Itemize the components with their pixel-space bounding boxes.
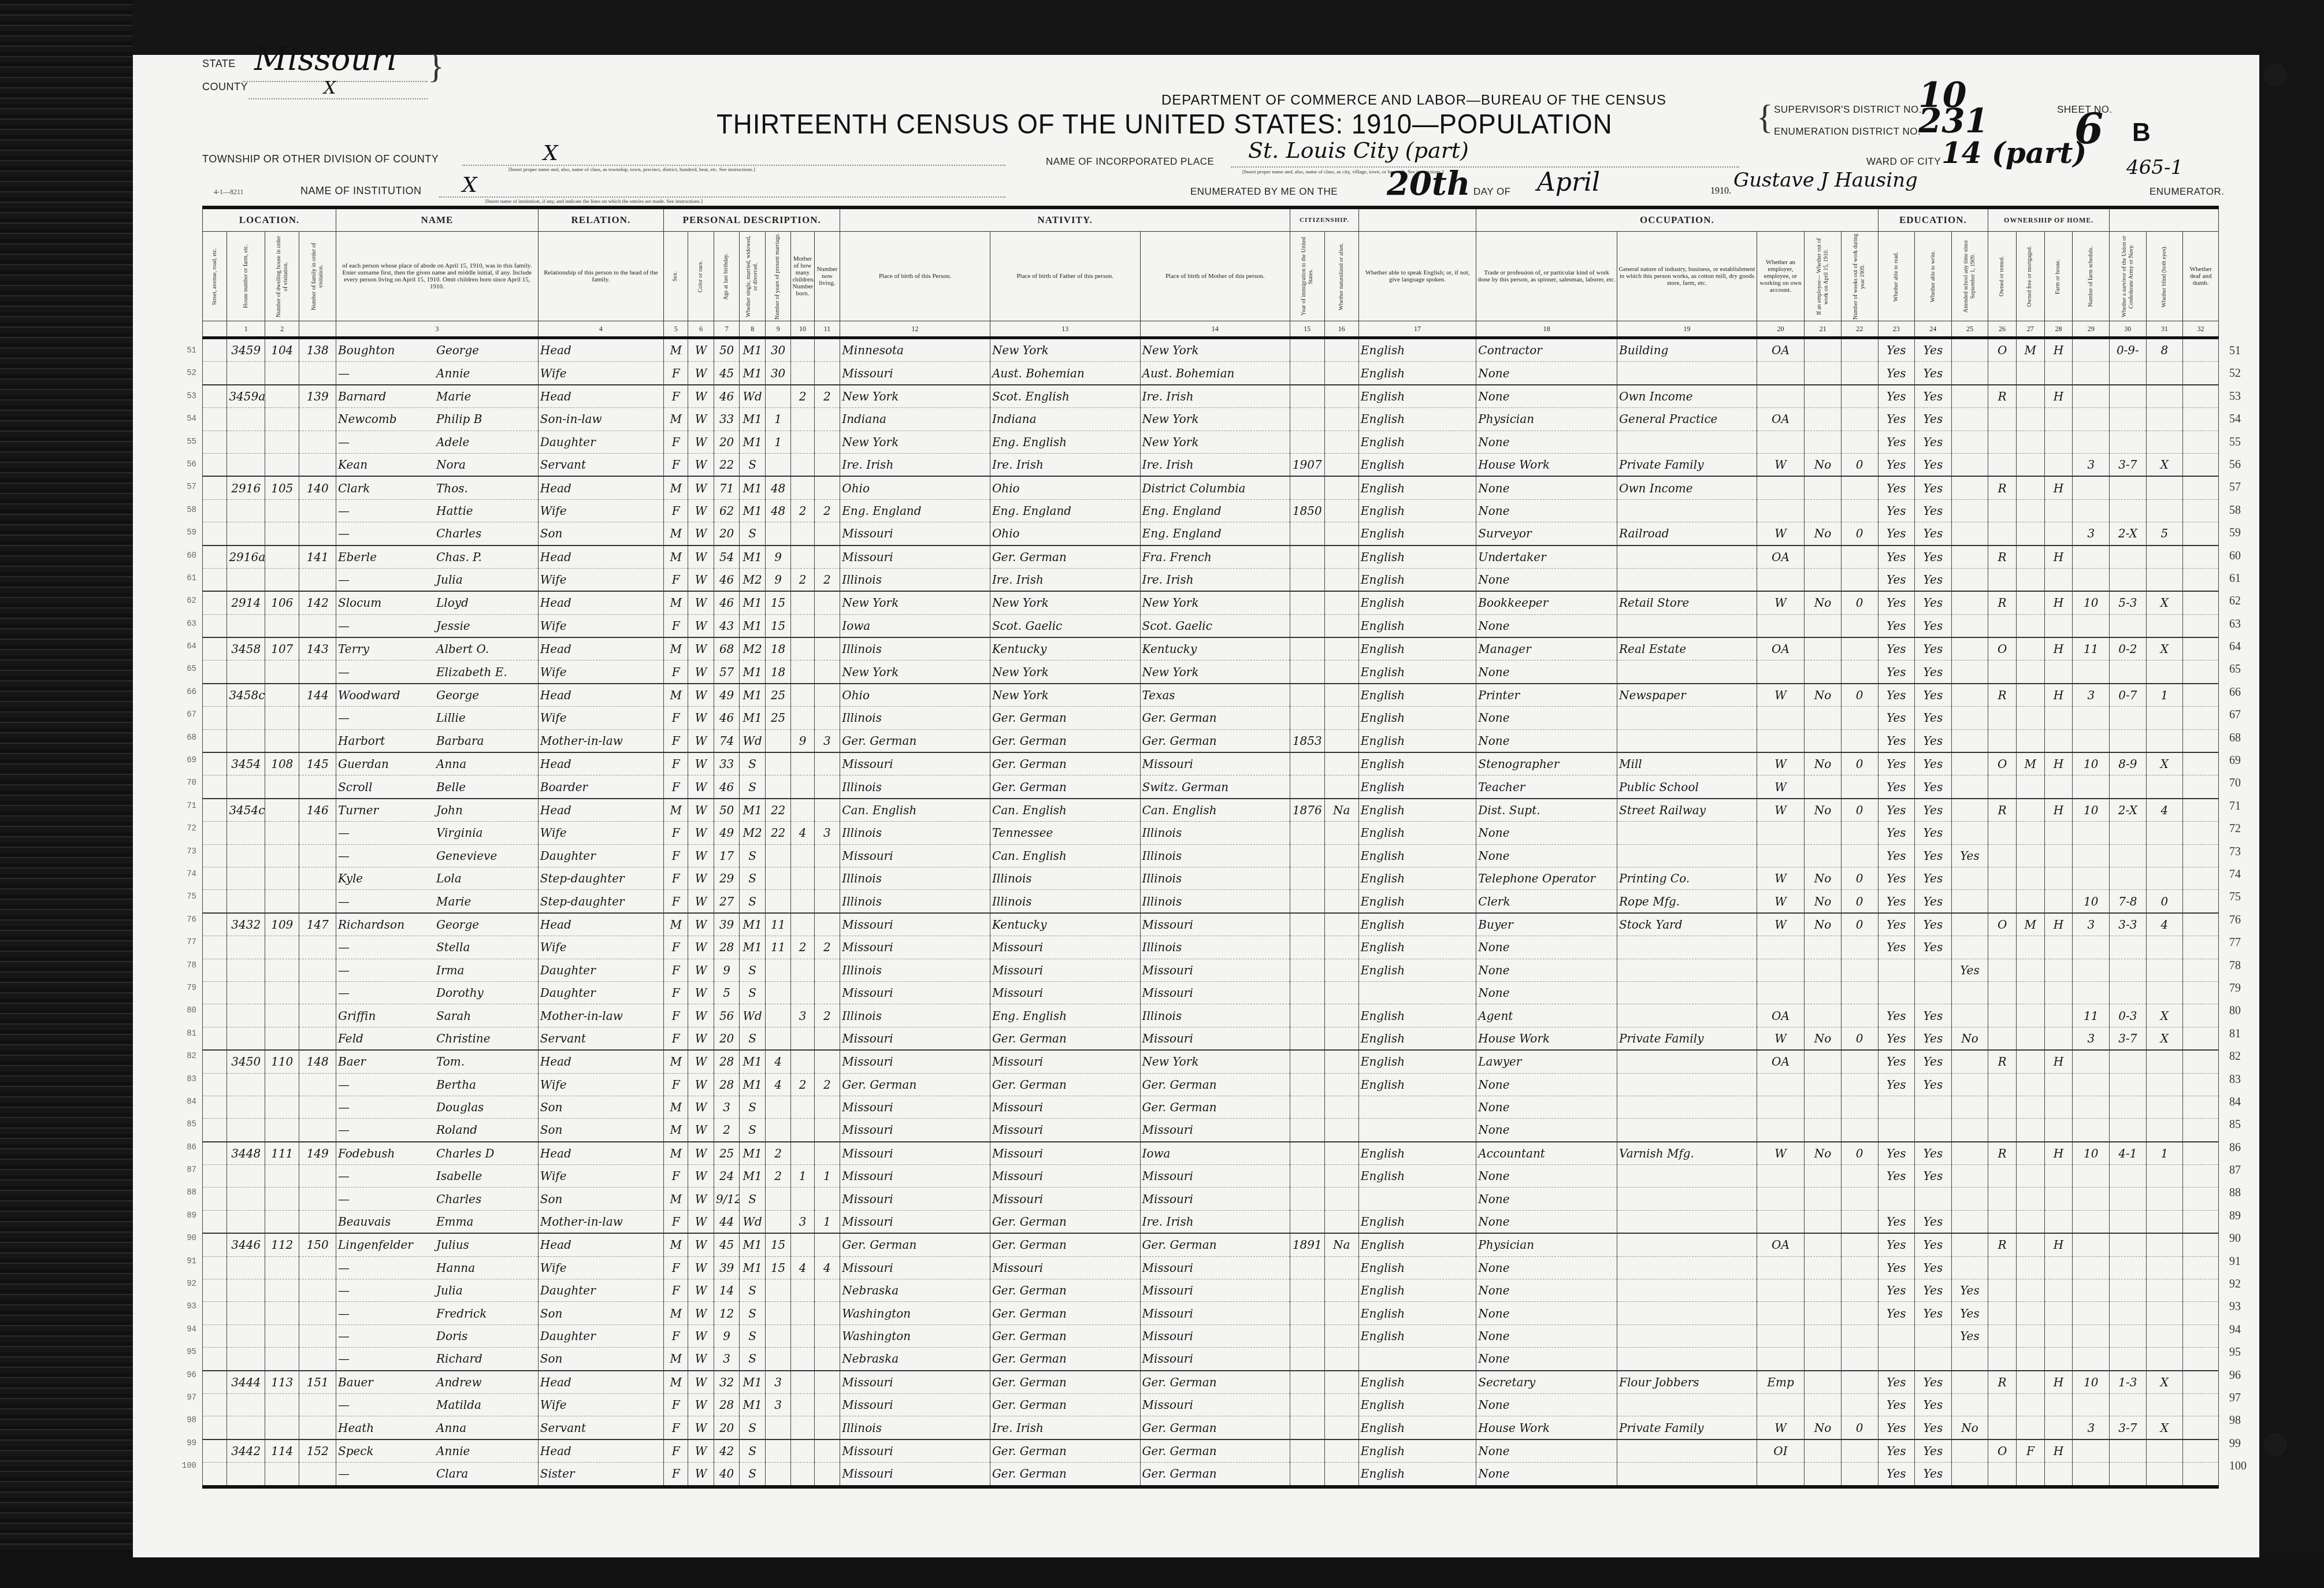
table-row[interactable]: 3444113151BauerAndrewHeadMW32M13Missouri… <box>203 1371 2219 1394</box>
trade-cell: None <box>1476 568 1617 591</box>
line-number: 59 <box>2229 522 2255 544</box>
yrs-married-cell <box>765 844 791 867</box>
pob-cell: New York <box>840 661 990 684</box>
deaf-cell <box>2183 338 2219 362</box>
table-row[interactable]: —HattieWifeFW62M14822Eng. EnglandEng. En… <box>203 499 2219 522</box>
relation-cell: Head <box>538 1233 663 1256</box>
relation-cell: Head <box>538 1439 663 1463</box>
read-cell: Yes <box>1878 637 1915 661</box>
pob-mother-cell: Illinois <box>1140 1004 1290 1027</box>
blind-cell <box>2146 614 2183 637</box>
marital-cell: S <box>740 752 766 776</box>
weeks-cell <box>1841 1210 1878 1233</box>
column-number: 7 <box>714 321 740 338</box>
dwelling-cell: 112 <box>265 1233 299 1256</box>
emp-cell <box>1757 385 1805 408</box>
surname: — <box>338 1100 436 1114</box>
marital-cell: S <box>740 1188 766 1210</box>
house-cell: 2916 <box>227 476 265 499</box>
write-cell: Yes <box>1915 661 1952 684</box>
table-row[interactable]: —GenevieveDaughterFW17SMissouriCan. Engl… <box>203 844 2219 867</box>
born-cell <box>791 476 814 499</box>
line-number: 94 <box>2229 1319 2255 1341</box>
blind-cell <box>2146 707 2183 729</box>
own-cell: R <box>1988 1050 2017 1073</box>
living-cell <box>814 522 840 546</box>
enumerated-label: ENUMERATED BY ME ON THE <box>1190 186 1338 198</box>
read-cell: Yes <box>1878 1416 1915 1439</box>
weeks-cell: 0 <box>1841 799 1878 822</box>
living-cell: 3 <box>814 822 840 844</box>
age-cell: 62 <box>714 499 740 522</box>
table-row[interactable]: NewcombPhilip BSon-in-lawMW33M11IndianaI… <box>203 408 2219 431</box>
emp-cell <box>1757 1393 1805 1416</box>
family-cell <box>299 1188 336 1210</box>
blind-cell: X <box>2146 637 2183 661</box>
born-cell: 3 <box>791 1210 814 1233</box>
column-header: Owned free or mortgaged. <box>2016 232 2044 321</box>
yrs-married-cell: 2 <box>765 1165 791 1188</box>
pob-cell: Indiana <box>840 408 990 431</box>
read-cell: Yes <box>1878 844 1915 867</box>
table-row[interactable]: —DorisDaughterFW9SWashingtonGer. GermanM… <box>203 1324 2219 1347</box>
brace: } <box>428 46 444 86</box>
sex-cell: M <box>663 1188 688 1210</box>
weeks-cell: 0 <box>1841 522 1878 546</box>
born-cell <box>791 591 814 614</box>
table-row[interactable]: 3446112150LingenfelderJuliusHeadMW45M115… <box>203 1233 2219 1256</box>
age-cell: 74 <box>714 729 740 752</box>
line-number: 89 <box>2229 1205 2255 1227</box>
table-row[interactable]: —IrmaDaughterFW9SIllinoisMissouriMissour… <box>203 959 2219 981</box>
race-cell: W <box>688 959 714 981</box>
own-cell: R <box>1988 1233 2017 1256</box>
yrs-married-cell <box>765 1279 791 1302</box>
out-work-cell <box>1805 1463 1842 1487</box>
age-cell: 43 <box>714 614 740 637</box>
vet-cell: 3-7 <box>2110 453 2147 476</box>
pob-mother-cell: New York <box>1140 591 1290 614</box>
own-cell <box>1988 1256 2017 1279</box>
table-row[interactable]: —JessieWifeFW43M115IowaScot. GaelicScot.… <box>203 614 2219 637</box>
surname: — <box>338 711 436 725</box>
yrs-married-cell: 22 <box>765 822 791 844</box>
emp-cell <box>1757 362 1805 385</box>
line-number: 74 <box>2229 863 2255 886</box>
race-cell: W <box>688 1210 714 1233</box>
table-row[interactable]: 3432109147RichardsonGeorgeHeadMW39M111Mi… <box>203 913 2219 936</box>
sex-cell: F <box>663 844 688 867</box>
living-cell <box>814 1233 840 1256</box>
vet-cell <box>2110 1348 2147 1371</box>
industry-cell <box>1617 1188 1757 1210</box>
house-cell <box>227 890 265 913</box>
pob-cell: Ohio <box>840 476 990 499</box>
pob-mother-cell: New York <box>1140 431 1290 453</box>
living-cell <box>814 637 840 661</box>
pob-cell: Illinois <box>840 867 990 889</box>
pob-mother-cell: Ger. German <box>1140 1233 1290 1256</box>
dwelling-cell <box>265 1210 299 1233</box>
pob-mother-cell: Missouri <box>1140 1393 1290 1416</box>
write-cell: Yes <box>1915 936 1952 959</box>
marital-cell: M1 <box>740 338 766 362</box>
house-cell <box>227 822 265 844</box>
own-cell <box>1988 1302 2017 1324</box>
industry-cell <box>1617 1004 1757 1027</box>
farm-cell <box>2044 1119 2073 1142</box>
pob-mother-cell: Eng. England <box>1140 499 1290 522</box>
family-cell: 142 <box>299 591 336 614</box>
given-name: Virginia <box>436 826 482 840</box>
free-cell <box>2016 1416 2044 1439</box>
pob-cell: Minnesota <box>840 338 990 362</box>
write-cell: Yes <box>1915 1004 1952 1027</box>
yrs-married-cell <box>765 385 791 408</box>
age-cell: 28 <box>714 1393 740 1416</box>
column-header: Owned or rented. <box>1988 232 2017 321</box>
table-row[interactable]: —JuliaDaughterFW14SNebraskaGer. GermanMi… <box>203 1279 2219 1302</box>
immig-cell <box>1290 959 1324 981</box>
house-cell <box>227 522 265 546</box>
emp-cell: OA <box>1757 546 1805 569</box>
table-row[interactable]: GriffinSarahMother-in-lawFW56Wd32Illinoi… <box>203 1004 2219 1027</box>
pob-cell: Missouri <box>840 362 990 385</box>
trade-cell: None <box>1476 1463 1617 1487</box>
deaf-cell <box>2183 1416 2219 1439</box>
surname: Boughton <box>338 343 436 357</box>
table-row[interactable]: —DorothyDaughterFW5SMissouriMissouriMiss… <box>203 981 2219 1004</box>
scan-border-bottom <box>0 1553 2324 1588</box>
out-work-cell <box>1805 408 1842 431</box>
table-row[interactable]: 3448111149FodebushCharles DHeadMW25M12Mi… <box>203 1142 2219 1165</box>
age-cell: 20 <box>714 431 740 453</box>
pob-cell: Illinois <box>840 707 990 729</box>
table-row[interactable]: ScrollBelleBoarderFW46SIllinoisGer. Germ… <box>203 776 2219 799</box>
weeks-cell: 0 <box>1841 1416 1878 1439</box>
pob-cell: Missouri <box>840 981 990 1004</box>
sched-cell <box>2073 408 2110 431</box>
school-cell <box>1951 476 1988 499</box>
school-cell <box>1951 752 1988 776</box>
free-cell: F <box>2016 1439 2044 1463</box>
emp-cell <box>1757 1188 1805 1210</box>
table-row[interactable]: —IsabelleWifeFW24M1211MissouriMissouriMi… <box>203 1165 2219 1188</box>
table-row[interactable]: KyleLolaStep-daughterFW29SIllinoisIllino… <box>203 867 2219 889</box>
immig-cell <box>1290 1324 1324 1347</box>
column-number: 8 <box>740 321 766 338</box>
industry-cell <box>1617 1256 1757 1279</box>
sched-cell <box>2073 707 2110 729</box>
vet-cell <box>2110 431 2147 453</box>
industry-cell <box>1617 1073 1757 1096</box>
pob-mother-cell: Aust. Bohemian <box>1140 362 1290 385</box>
table-row[interactable]: —AnnieWifeFW45M130MissouriAust. Bohemian… <box>203 362 2219 385</box>
table-row[interactable]: —DouglasSonMW3SMissouriMissouriGer. Germ… <box>203 1096 2219 1118</box>
immig-cell: 1876 <box>1290 799 1324 822</box>
pob-father-cell: Ger. German <box>990 1210 1140 1233</box>
line-number: 87 <box>173 1159 196 1182</box>
natur-cell <box>1324 499 1358 522</box>
table-row[interactable]: HeathAnnaServantFW20SIllinoisIre. IrishG… <box>203 1416 2219 1439</box>
table-row[interactable]: 3459104138BoughtonGeorgeHeadMW50M130Minn… <box>203 338 2219 362</box>
column-number <box>203 321 227 338</box>
pob-mother-cell: Illinois <box>1140 844 1290 867</box>
industry-cell <box>1617 1302 1757 1324</box>
deaf-cell <box>2183 362 2219 385</box>
column-header: House number or farm, etc. <box>227 232 265 321</box>
write-cell: Yes <box>1915 752 1952 776</box>
table-row[interactable]: 3458c144WoodwardGeorgeHeadMW49M125OhioNe… <box>203 684 2219 707</box>
marital-cell: M1 <box>740 431 766 453</box>
surname: — <box>338 986 436 1000</box>
living-cell <box>814 476 840 499</box>
dwelling-cell <box>265 981 299 1004</box>
house-cell: 3442 <box>227 1439 265 1463</box>
pob-mother-cell: Missouri <box>1140 981 1290 1004</box>
trade-cell: Bookkeeper <box>1476 591 1617 614</box>
dwelling-cell <box>265 1165 299 1188</box>
marital-cell: S <box>740 867 766 889</box>
born-cell <box>791 1233 814 1256</box>
weeks-cell <box>1841 1165 1878 1188</box>
marital-cell: S <box>740 1463 766 1487</box>
immig-cell <box>1290 913 1324 936</box>
house-cell <box>227 1348 265 1371</box>
trade-cell: Printer <box>1476 684 1617 707</box>
deaf-cell <box>2183 981 2219 1004</box>
column-number: 32 <box>2183 321 2219 338</box>
dwelling-cell <box>265 1096 299 1118</box>
person-name-cell: BarnardMarie <box>336 385 539 408</box>
yrs-married-cell: 1 <box>765 408 791 431</box>
blind-cell: 4 <box>2146 799 2183 822</box>
family-cell <box>299 822 336 844</box>
out-work-cell <box>1805 1279 1842 1302</box>
farm-cell: H <box>2044 476 2073 499</box>
natur-cell <box>1324 752 1358 776</box>
street-cell <box>203 1256 227 1279</box>
emp-cell: W <box>1757 799 1805 822</box>
out-work-cell <box>1805 1188 1842 1210</box>
trade-cell: Lawyer <box>1476 1050 1617 1073</box>
line-number: 72 <box>2229 818 2255 840</box>
given-name: Sarah <box>436 1009 471 1023</box>
sex-cell: F <box>663 568 688 591</box>
person-name-cell: —Fredrick <box>336 1302 539 1324</box>
table-row[interactable]: —StellaWifeFW28M11122MissouriMissouriIll… <box>203 936 2219 959</box>
industry-cell <box>1617 1463 1757 1487</box>
marital-cell: Wd <box>740 1004 766 1027</box>
trade-cell: None <box>1476 822 1617 844</box>
line-number: 59 <box>173 522 196 544</box>
emp-cell: OA <box>1757 1050 1805 1073</box>
table-row[interactable]: —MatildaWifeFW28M13MissouriGer. GermanMi… <box>203 1393 2219 1416</box>
table-row[interactable]: 3450110148BaerTom.HeadMW28M14MissouriMis… <box>203 1050 2219 1073</box>
write-cell: Yes <box>1915 776 1952 799</box>
farm-cell <box>2044 936 2073 959</box>
free-cell <box>2016 1348 2044 1371</box>
marital-cell: S <box>740 981 766 1004</box>
table-row[interactable]: 2916105140ClarkThos.HeadMW71M148OhioOhio… <box>203 476 2219 499</box>
table-row[interactable]: 3458107143TerryAlbert O.HeadMW68M218Illi… <box>203 637 2219 661</box>
weeks-cell <box>1841 637 1878 661</box>
family-cell: 150 <box>299 1233 336 1256</box>
given-name: Charles <box>436 1192 481 1206</box>
street-cell <box>203 338 227 362</box>
pob-mother-cell: Missouri <box>1140 1027 1290 1050</box>
table-row[interactable]: BeauvaisEmmaMother-in-lawFW44Wd31Missour… <box>203 1210 2219 1233</box>
yrs-married-cell: 18 <box>765 661 791 684</box>
dwelling-cell <box>265 1348 299 1371</box>
pob-cell: Nebraska <box>840 1348 990 1371</box>
column-number: 26 <box>1988 321 2017 338</box>
farm-cell <box>2044 1188 2073 1210</box>
table-row[interactable]: —CharlesSonMW9/12SMissouriMissouriMissou… <box>203 1188 2219 1210</box>
group-occupation: OCCUPATION. <box>1476 207 1878 232</box>
person-name-cell: —Irma <box>336 959 539 981</box>
person-name-cell: —Charles <box>336 1188 539 1210</box>
own-cell <box>1988 362 2017 385</box>
table-row[interactable]: —BerthaWifeFW28M1422Ger. GermanGer. Germ… <box>203 1073 2219 1096</box>
table-row[interactable]: —FredrickSonMW12SWashingtonGer. GermanMi… <box>203 1302 2219 1324</box>
deaf-cell <box>2183 1073 2219 1096</box>
table-row[interactable]: —CharlesSonMW20SMissouriOhioEng. England… <box>203 522 2219 546</box>
table-row[interactable]: 3454108145GuerdanAnnaHeadFW33SMissouriGe… <box>203 752 2219 776</box>
out-work-cell <box>1805 385 1842 408</box>
given-name: Lola <box>436 871 462 885</box>
deaf-cell <box>2183 959 2219 981</box>
farm-cell <box>2044 867 2073 889</box>
english-cell: English <box>1358 890 1476 913</box>
person-name-cell: —Dorothy <box>336 981 539 1004</box>
vet-cell <box>2110 707 2147 729</box>
column-header: Trade or profession of, or particular ki… <box>1476 232 1617 321</box>
read-cell: Yes <box>1878 1439 1915 1463</box>
living-cell: 2 <box>814 936 840 959</box>
weeks-cell <box>1841 338 1878 362</box>
given-name: Irma <box>436 963 464 977</box>
sched-cell: 3 <box>2073 913 2110 936</box>
immig-cell <box>1290 476 1324 499</box>
pob-father-cell: Ohio <box>990 476 1140 499</box>
table-row[interactable]: HarbortBarbaraMother-in-lawFW74Wd93Ger. … <box>203 729 2219 752</box>
sched-cell: 10 <box>2073 799 2110 822</box>
relation-cell: Step-daughter <box>538 867 663 889</box>
line-number: 68 <box>173 727 196 750</box>
table-row[interactable]: —RichardSonMW3SNebraskaGer. GermanMissou… <box>203 1348 2219 1371</box>
surname: — <box>338 435 436 449</box>
yrs-married-cell: 3 <box>765 1393 791 1416</box>
table-row[interactable]: 3442114152SpeckAnnieHeadFW42SMissouriGer… <box>203 1439 2219 1463</box>
table-row[interactable]: FeldChristineServantFW20SMissouriGer. Ge… <box>203 1027 2219 1050</box>
weeks-cell <box>1841 1096 1878 1118</box>
write-cell: Yes <box>1915 431 1952 453</box>
column-header: Whether deaf and dumb. <box>2183 232 2219 321</box>
pob-cell: Eng. England <box>840 499 990 522</box>
given-name: Isabelle <box>436 1169 482 1183</box>
english-cell: English <box>1358 776 1476 799</box>
living-cell <box>814 844 840 867</box>
pob-cell: Illinois <box>840 568 990 591</box>
table-row[interactable]: 3459a139BarnardMarieHeadFW46Wd22New York… <box>203 385 2219 408</box>
family-cell <box>299 431 336 453</box>
age-cell: 24 <box>714 1165 740 1188</box>
dwelling-cell <box>265 362 299 385</box>
vet-cell: 3-3 <box>2110 913 2147 936</box>
blind-cell: 1 <box>2146 684 2183 707</box>
table-row[interactable]: —VirginiaWifeFW49M22243IllinoisTennessee… <box>203 822 2219 844</box>
write-cell <box>1915 1096 1952 1118</box>
line-number: 55 <box>2229 431 2255 454</box>
house-cell <box>227 776 265 799</box>
born-cell <box>791 1027 814 1050</box>
line-number: 86 <box>173 1137 196 1159</box>
column-header: Whether able to speak English; or, if no… <box>1358 232 1476 321</box>
natur-cell <box>1324 1302 1358 1324</box>
table-row[interactable]: 2914106142SlocumLloydHeadMW46M115New Yor… <box>203 591 2219 614</box>
person-name-cell: HeathAnna <box>336 1416 539 1439</box>
table-row[interactable]: —ClaraSisterFW40SMissouriGer. GermanGer.… <box>203 1463 2219 1487</box>
relation-cell: Daughter <box>538 431 663 453</box>
industry-cell <box>1617 568 1757 591</box>
pob-cell: Washington <box>840 1302 990 1324</box>
deaf-cell <box>2183 684 2219 707</box>
born-cell <box>791 522 814 546</box>
emp-cell: W <box>1757 890 1805 913</box>
table-row[interactable]: —MarieStep-daughterFW27SIllinoisIllinois… <box>203 890 2219 913</box>
line-number: 55 <box>173 431 196 454</box>
table-row[interactable]: —RolandSonMW2SMissouriMissouriMissouriNo… <box>203 1119 2219 1142</box>
table-row[interactable]: 3454c146TurnerJohnHeadMW50M122Can. Engli… <box>203 799 2219 822</box>
out-work-cell: No <box>1805 453 1842 476</box>
sched-cell <box>2073 1050 2110 1073</box>
marital-cell: M1 <box>740 499 766 522</box>
blind-cell <box>2146 1324 2183 1347</box>
industry-cell: Varnish Mfg. <box>1617 1142 1757 1165</box>
line-number: 91 <box>2229 1251 2255 1273</box>
table-row[interactable]: KeanNoraServantFW22SIre. IrishIre. Irish… <box>203 453 2219 476</box>
table-row[interactable]: 2916a141EberleChas. P.HeadMW54M19Missour… <box>203 546 2219 569</box>
table-row[interactable]: —JuliaWifeFW46M2922IllinoisIre. IrishIre… <box>203 568 2219 591</box>
trade-cell: Contractor <box>1476 338 1617 362</box>
out-work-cell <box>1805 431 1842 453</box>
table-row[interactable]: —AdeleDaughterFW20M11New YorkEng. Englis… <box>203 431 2219 453</box>
pob-cell: Ire. Irish <box>840 453 990 476</box>
group-citizenship: CITIZENSHIP. <box>1290 207 1359 232</box>
farm-cell: H <box>2044 1142 2073 1165</box>
age-cell: 68 <box>714 637 740 661</box>
pob-cell: New York <box>840 385 990 408</box>
industry-cell <box>1617 844 1757 867</box>
family-cell <box>299 890 336 913</box>
table-row[interactable]: —LillieWifeFW46M125IllinoisGer. GermanGe… <box>203 707 2219 729</box>
surname: Clark <box>338 481 436 495</box>
house-cell <box>227 1096 265 1118</box>
write-cell: Yes <box>1915 1050 1952 1073</box>
person-name-cell: KyleLola <box>336 867 539 889</box>
blind-cell: X <box>2146 1027 2183 1050</box>
industry-cell: Own Income <box>1617 385 1757 408</box>
group-nativity: NATIVITY. <box>840 207 1290 232</box>
school-cell <box>1951 822 1988 844</box>
marital-cell: S <box>740 1416 766 1439</box>
table-row[interactable]: —Elizabeth E.WifeFW57M118New YorkNew Yor… <box>203 661 2219 684</box>
vet-cell: 0-2 <box>2110 637 2147 661</box>
industry-cell <box>1617 614 1757 637</box>
table-row[interactable]: —HannaWifeFW39M11544MissouriMissouriMiss… <box>203 1256 2219 1279</box>
blind-cell: 8 <box>2146 338 2183 362</box>
